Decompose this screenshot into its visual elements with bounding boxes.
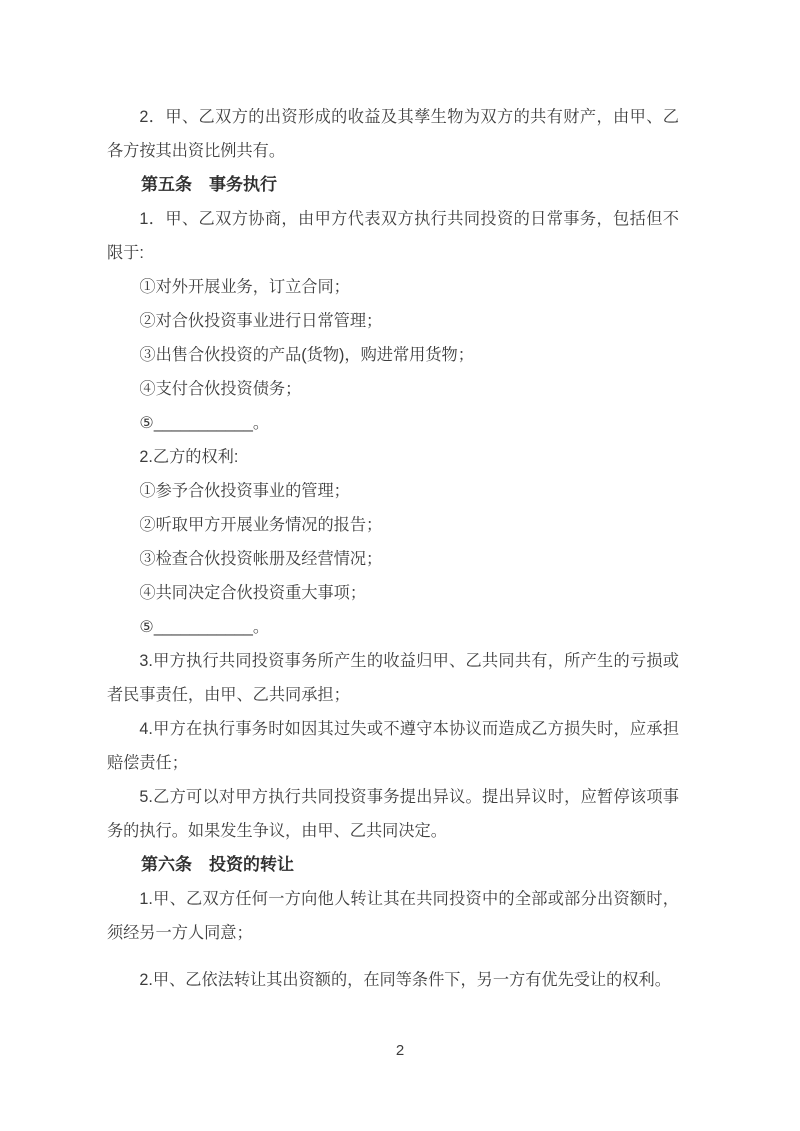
paragraph: 4.甲方在执行事务时如因其过失或不遵守本协议而造成乙方损失时，应承担赔偿责任； xyxy=(107,712,679,780)
paragraph: 2.乙方的权利: xyxy=(107,440,679,474)
document-page: 2．甲、乙双方的出资形成的收益及其孳生物为双方的共有财产，由甲、乙各方按其出资比… xyxy=(0,0,800,1131)
page-number: 2 xyxy=(0,1041,800,1061)
list-item: ③出售合伙投资的产品(货物)，购进常用货物； xyxy=(107,338,679,372)
list-item-blank: ⑤___________。 xyxy=(107,610,679,644)
list-item: ③检查合伙投资帐册及经营情况； xyxy=(107,542,679,576)
paragraph: 5.乙方可以对甲方执行共同投资事务提出异议。提出异议时，应暂停该项事务的执行。如… xyxy=(107,780,679,848)
document-body: 2．甲、乙双方的出资形成的收益及其孳生物为双方的共有财产，由甲、乙各方按其出资比… xyxy=(107,100,679,997)
paragraph: 2.甲、乙依法转让其出资额的，在同等条件下，另一方有优先受让的权利。 xyxy=(107,963,679,997)
list-item: ①对外开展业务，订立合同； xyxy=(107,270,679,304)
list-item: ④支付合伙投资债务； xyxy=(107,372,679,406)
list-item-blank: ⑤___________。 xyxy=(107,406,679,440)
section-heading-article-5: 第五条 事务执行 xyxy=(107,168,679,202)
paragraph: 1.甲、乙双方任何一方向他人转让其在共同投资中的全部或部分出资额时，须经另一方人… xyxy=(107,882,679,950)
list-item: ②对合伙投资事业进行日常管理； xyxy=(107,304,679,338)
section-heading-article-6: 第六条 投资的转让 xyxy=(107,848,679,882)
paragraph: 1．甲、乙双方协商，由甲方代表双方执行共同投资的日常事务，包括但不限于: xyxy=(107,202,679,270)
list-item: ①参予合伙投资事业的管理； xyxy=(107,474,679,508)
paragraph: 3.甲方执行共同投资事务所产生的收益归甲、乙共同共有，所产生的亏损或者民事责任，… xyxy=(107,644,679,712)
list-item: ④共同决定合伙投资重大事项； xyxy=(107,576,679,610)
list-item: ②听取甲方开展业务情况的报告； xyxy=(107,508,679,542)
paragraph: 2．甲、乙双方的出资形成的收益及其孳生物为双方的共有财产，由甲、乙各方按其出资比… xyxy=(107,100,679,168)
